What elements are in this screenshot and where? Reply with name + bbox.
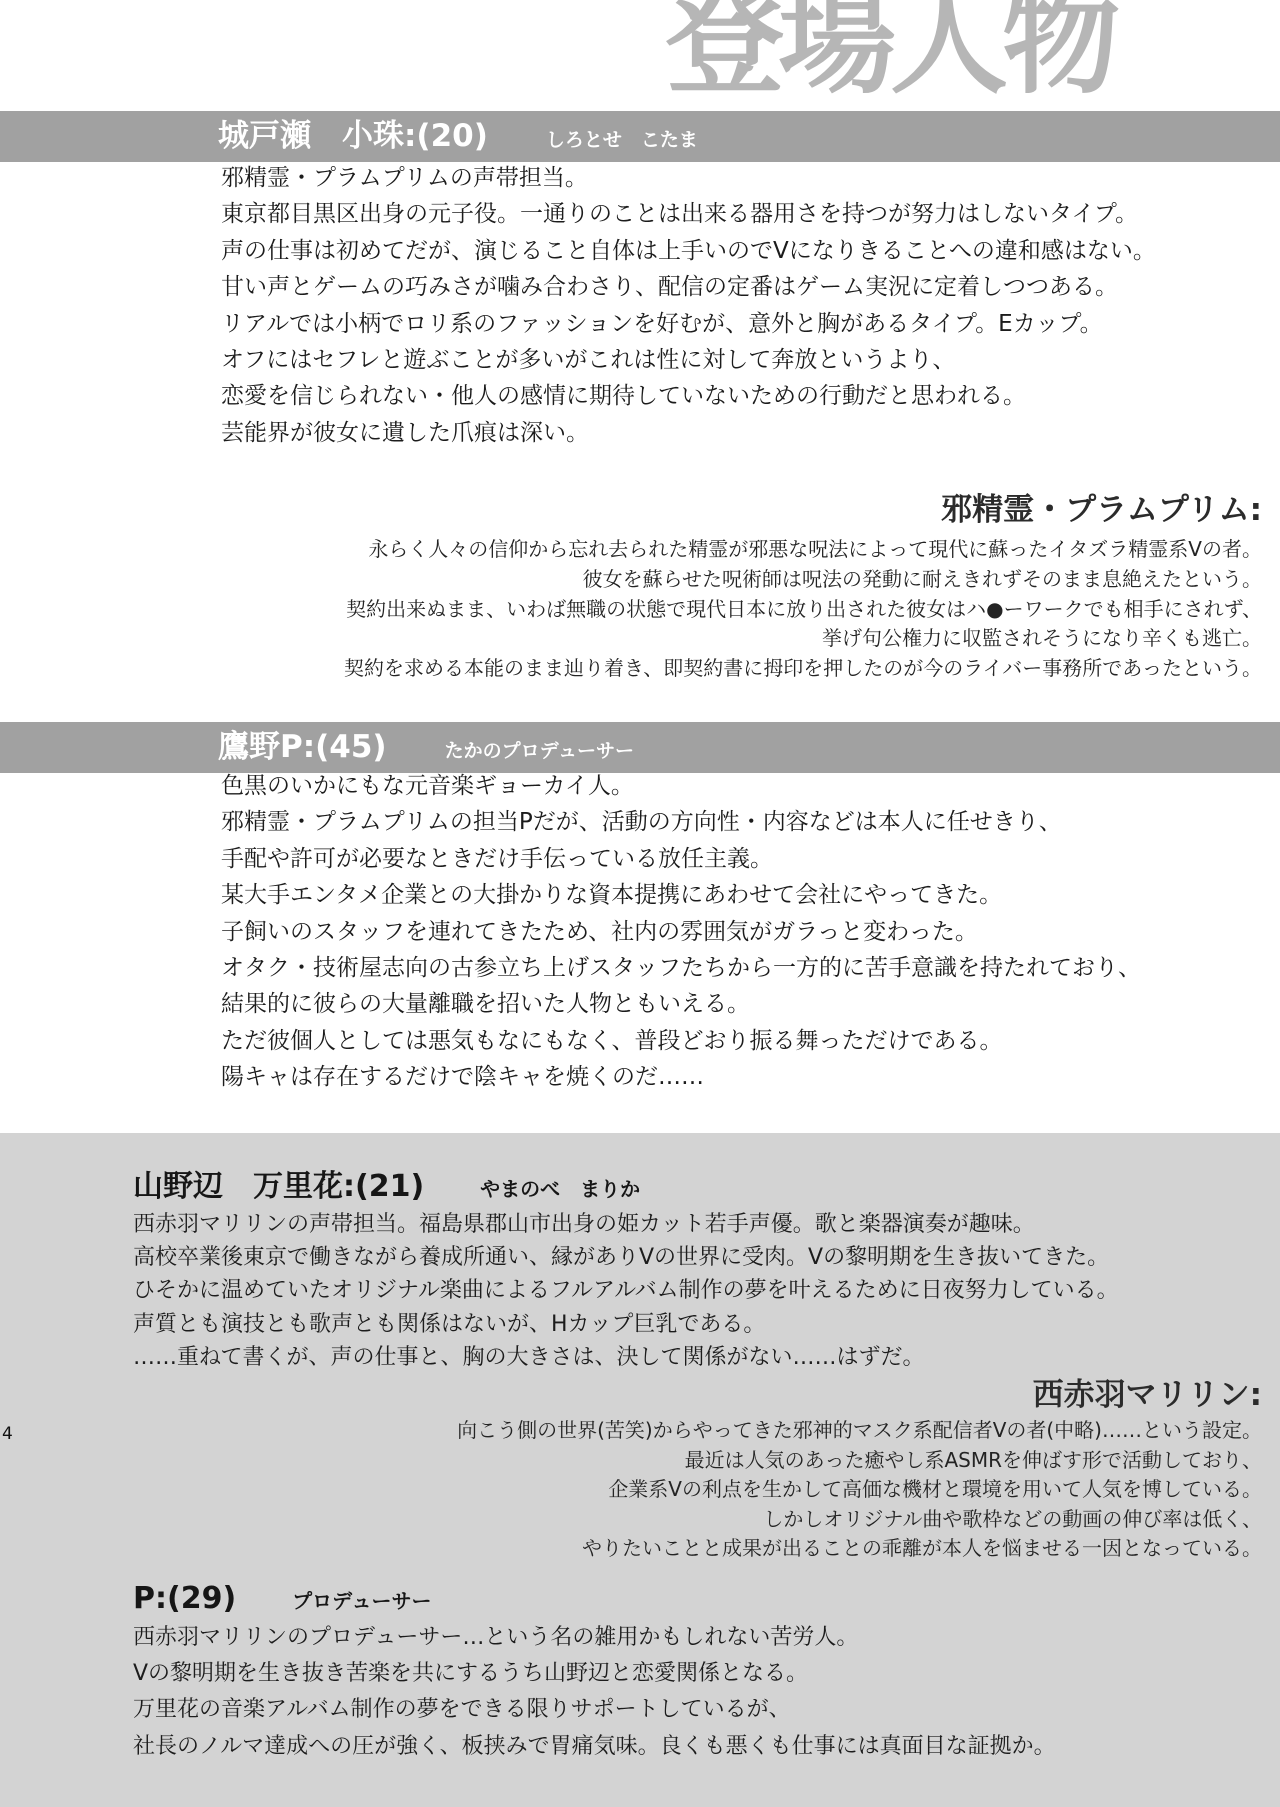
body-line: 契約を求める本能のまま辿り着き、即契約書に拇印を押したのが今のライバー事務所であ… — [344, 654, 1262, 684]
body-line: 芸能界が彼女に遺した爪痕は深い。 — [221, 415, 1156, 451]
body-line: 陽キャは存在するだけで陰キャを焼くのだ…… — [221, 1059, 1141, 1095]
body-line: 色黒のいかにもな元音楽ギョーカイ人。 — [221, 768, 1141, 804]
body-line: 契約出来ぬまま、いわば無職の状態で現代日本に放り出された彼女はハ●ーワークでも相… — [344, 595, 1262, 625]
body-line: やりたいことと成果が出ることの乖離が本人を悩ませる一因となっている。 — [457, 1534, 1262, 1564]
body-line: 西赤羽マリリンのプロデューサー…という名の雑用かもしれない苦労人。 — [133, 1620, 1056, 1656]
body-line: 声質とも演技とも歌声とも関係はないが、Hカップ巨乳である。 — [133, 1308, 1119, 1341]
character-name-kotama: 城戸瀬 小珠:(20) — [218, 118, 488, 154]
page-number: 4 — [2, 1424, 13, 1444]
section-header-producer: P:(29)プロデューサー — [133, 1584, 432, 1614]
body-line: 社長のノルマ達成への圧が強く、板挟みで胃痛気味。良くも悪くも仕事には真面目な証拠… — [133, 1729, 1056, 1765]
character-description-marika: 西赤羽マリリンの声帯担当。福島県郡山市出身の姫カット若手声優。歌と楽器演奏が趣味… — [133, 1208, 1119, 1374]
body-line: 邪精霊・プラムプリムの声帯担当。 — [221, 160, 1156, 196]
body-line: 甘い声とゲームの巧みさが噛み合わさり、配信の定番はゲーム実況に定着しつつある。 — [221, 269, 1156, 305]
character-name-takano: 鷹野P:(45) — [218, 729, 387, 765]
vtuber-description-maririn: 向こう側の世界(苦笑)からやってきた邪神的マスク系配信者Vの者(中略)……という… — [457, 1416, 1262, 1564]
character-description-kotama: 邪精霊・プラムプリムの声帯担当。 東京都目黒区出身の元子役。一通りのことは出来る… — [221, 160, 1156, 451]
character-description-producer: 西赤羽マリリンのプロデューサー…という名の雑用かもしれない苦労人。 Vの黎明期を… — [133, 1620, 1056, 1765]
character-intro-page: 登場人物 城戸瀬 小珠:(20)しろとせ こたま 邪精霊・プラムプリムの声帯担当… — [0, 0, 1280, 1807]
body-line: 邪精霊・プラムプリムの担当Pだが、活動の方向性・内容などは本人に任せきり、 — [221, 804, 1141, 840]
body-line: 東京都目黒区出身の元子役。一通りのことは出来る器用さを持つが努力はしないタイプ。 — [221, 196, 1156, 232]
character-description-takano: 色黒のいかにもな元音楽ギョーカイ人。 邪精霊・プラムプリムの担当Pだが、活動の方… — [221, 768, 1141, 1096]
body-line: 永らく人々の信仰から忘れ去られた精霊が邪悪な呪法によって現代に蘇ったイタズラ精霊… — [344, 535, 1262, 565]
body-line: ……重ねて書くが、声の仕事と、胸の大きさは、決して関係がない……はずだ。 — [133, 1341, 1119, 1374]
body-line: オタク・技術屋志向の古参立ち上げスタッフたちから一方的に苦手意識を持たれており、 — [221, 950, 1141, 986]
vtuber-name-heading-plumprim: 邪精霊・プラムプリム: — [941, 492, 1262, 529]
body-line: リアルでは小柄でロリ系のファッションを好むが、意外と胸があるタイプ。Eカップ。 — [221, 306, 1156, 342]
body-line: ただ彼個人としては悪気もなにもなく、普段どおり振る舞っただけである。 — [221, 1023, 1141, 1059]
body-line: 企業系Vの利点を生かして高価な機材と環境を用いて人気を博している。 — [457, 1475, 1262, 1505]
body-line: オフにはセフレと遊ぶことが多いがこれは性に対して奔放というより、 — [221, 342, 1156, 378]
character-furigana-takano: たかのプロデューサー — [445, 740, 634, 762]
body-line: 向こう側の世界(苦笑)からやってきた邪神的マスク系配信者Vの者(中略)……という… — [457, 1416, 1262, 1446]
body-line: 高校卒業後東京で働きながら養成所通い、縁がありVの世界に受肉。Vの黎明期を生き抜… — [133, 1241, 1119, 1274]
body-line: 恋愛を信じられない・他人の感情に期待していないための行動だと思われる。 — [221, 378, 1156, 414]
character-furigana-marika: やまのべ まりか — [480, 1177, 640, 1201]
character-furigana-producer: プロデューサー — [292, 1589, 431, 1613]
section-header-marika: 山野辺 万里花:(21)やまのべ まりか — [133, 1172, 640, 1202]
section-header-bar-takano: 鷹野P:(45)たかのプロデューサー — [0, 722, 1280, 773]
body-line: しかしオリジナル曲や歌枠などの動画の伸び率は低く、 — [457, 1505, 1262, 1535]
body-line: 子飼いのスタッフを連れてきたため、社内の雰囲気がガラっと変わった。 — [221, 914, 1141, 950]
body-line: 西赤羽マリリンの声帯担当。福島県郡山市出身の姫カット若手声優。歌と楽器演奏が趣味… — [133, 1208, 1119, 1241]
character-name-producer: P:(29) — [133, 1581, 236, 1616]
body-line: 最近は人気のあった癒やし系ASMRを伸ばす形で活動しており、 — [457, 1446, 1262, 1476]
body-line: 挙げ句公権力に収監されそうになり辛くも逃亡。 — [344, 624, 1262, 654]
body-line: 万里花の音楽アルバム制作の夢をできる限りサポートしているが、 — [133, 1692, 1056, 1728]
section-header-bar-kotama: 城戸瀬 小珠:(20)しろとせ こたま — [0, 111, 1280, 162]
body-line: 某大手エンタメ企業との大掛かりな資本提携にあわせて会社にやってきた。 — [221, 877, 1141, 913]
vtuber-name-heading-maririn: 西赤羽マリリン: — [1033, 1377, 1262, 1414]
character-furigana-kotama: しろとせ こたま — [546, 129, 698, 151]
body-line: 声の仕事は初めてだが、演じること自体は上手いのでVになりきることへの違和感はない… — [221, 233, 1156, 269]
character-name-marika: 山野辺 万里花:(21) — [133, 1169, 424, 1204]
body-line: 手配や許可が必要なときだけ手伝っている放任主義。 — [221, 841, 1141, 877]
body-line: Vの黎明期を生き抜き苦楽を共にするうち山野辺と恋愛関係となる。 — [133, 1656, 1056, 1692]
body-line: 彼女を蘇らせた呪術師は呪法の発動に耐えきれずそのまま息絶えたという。 — [344, 565, 1262, 595]
vtuber-description-plumprim: 永らく人々の信仰から忘れ去られた精霊が邪悪な呪法によって現代に蘇ったイタズラ精霊… — [344, 535, 1262, 684]
body-line: ひそかに温めていたオリジナル楽曲によるフルアルバム制作の夢を叶えるために日夜努力… — [133, 1274, 1119, 1307]
page-watermark-title: 登場人物 — [666, 0, 1114, 100]
body-line: 結果的に彼らの大量離職を招いた人物ともいえる。 — [221, 986, 1141, 1022]
